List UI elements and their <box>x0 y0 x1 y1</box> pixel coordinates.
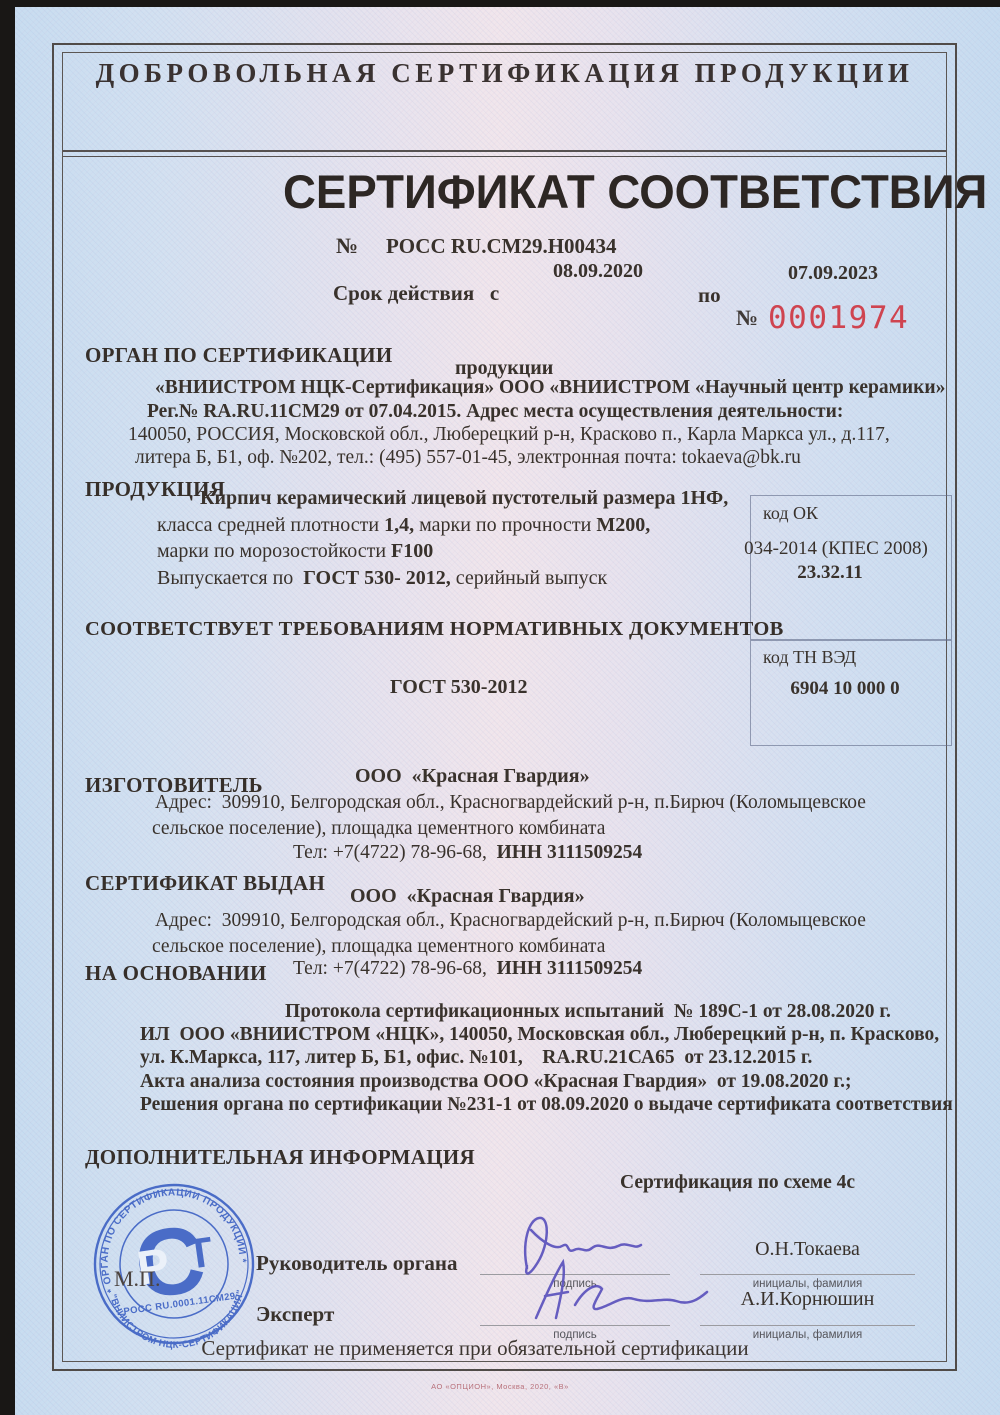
expert-signature-ink <box>536 1262 707 1318</box>
product-line-4-text: Выпускается по <box>157 567 303 589</box>
handwritten-signatures <box>460 1195 720 1335</box>
code-tnved-value: 6904 10 000 0 <box>755 678 935 700</box>
issued-to-name: ООО «Красная Гвардия» <box>350 885 585 908</box>
manufacturer-inn: ИНН 3111509254 <box>497 842 643 863</box>
printer-mark: АО «ОПЦИОН», Москва, 2020, «В» <box>0 1382 1000 1391</box>
product-line-4-gost: ГОСТ 530- 2012, <box>303 567 450 589</box>
scan-edge-left <box>0 0 15 1415</box>
expert-name: А.И.Корнюшин <box>700 1288 915 1311</box>
validity-to-date: 07.09.2023 <box>788 262 878 285</box>
product-line-2-grade: М200, <box>596 514 650 536</box>
manufacturer-name: ООО «Красная Гвардия» <box>355 765 590 788</box>
code-tnved-label: код ТН ВЭД <box>763 647 856 668</box>
basis-section-label: НА ОСНОВАНИИ <box>85 961 267 986</box>
product-line-2-density: 1,4, <box>384 514 414 536</box>
issued-to-section-label: СЕРТИФИКАТ ВЫДАН <box>85 871 325 896</box>
product-line-2-text: класса средней плотности <box>157 514 384 536</box>
product-line-4: Выпускается по ГОСТ 530- 2012, серийный … <box>157 567 607 590</box>
issued-to-tel-number: Тел: +7(4722) 78-96-68, <box>293 958 497 979</box>
org-line-2: Рег.№ RA.RU.11СМ29 от 07.04.2015. Адрес … <box>147 400 843 423</box>
certificate-page: ДОБРОВОЛЬНАЯ СЕРТИФИКАЦИЯ ПРОДУКЦИИ СЕРТ… <box>0 0 1000 1415</box>
manufacturer-addr-2: сельское поселение), площадка цементного… <box>152 817 605 840</box>
form-no-label: № <box>736 305 758 331</box>
certification-scheme: Сертификация по схеме 4с <box>620 1171 855 1194</box>
head-name: О.Н.Токаева <box>700 1238 915 1261</box>
manufacturer-tel-number: Тел: +7(4722) 78-96-68, <box>293 842 497 863</box>
org-line-3: 140050, РОССИЯ, Московской обл., Люберец… <box>128 423 890 446</box>
basis-line-3: ул. К.Маркса, 117, литер Б, Б1, офис. №1… <box>140 1046 812 1069</box>
product-line-2: класса средней плотности 1,4, марки по п… <box>157 514 650 537</box>
stamp-place-label: М.П. <box>114 1266 160 1292</box>
org-line-1: «ВНИИСТРОМ НЦК-Сертификация» ООО «ВНИИСТ… <box>155 376 945 399</box>
manufacturer-addr-1: Адрес: 309910, Белгородская обл., Красно… <box>155 791 866 814</box>
form-no-value: 0001974 <box>768 300 909 336</box>
conformity-section-label: СООТВЕТСТВУЕТ ТРЕБОВАНИЯМ НОРМАТИВНЫХ ДО… <box>85 618 784 641</box>
issued-to-inn: ИНН 3111509254 <box>497 958 643 979</box>
band-title: ДОБРОВОЛЬНАЯ СЕРТИФИКАЦИЯ ПРОДУКЦИИ <box>62 58 947 89</box>
doc-title: СЕРТИФИКАТ СООТВЕТСТВИЯ <box>283 164 987 219</box>
basis-line-1: Протокола сертификационных испытаний № 1… <box>285 1000 891 1023</box>
footer-note: Сертификат не применяется при обязательн… <box>75 1336 875 1361</box>
manufacturer-tel: Тел: +7(4722) 78-96-68, ИНН 3111509254 <box>293 841 642 864</box>
basis-line-4: Акта анализа состояния производства ООО … <box>140 1070 851 1093</box>
conformity-value: ГОСТ 530-2012 <box>390 676 527 699</box>
org-section-label: ОРГАН ПО СЕРТИФИКАЦИИ <box>85 343 393 368</box>
certification-stamp: * ОРГАН ПО СЕРТИФИКАЦИИ ПРОДУКЦИИ * "ВНИ… <box>84 1174 264 1354</box>
head-role: Руководитель органа <box>256 1251 458 1276</box>
code-ok-label: код ОК <box>763 503 818 524</box>
cert-no-value: РОСС RU.CM29.H00434 <box>386 234 617 259</box>
code-ok-value1: 034-2014 (КПЕС 2008) <box>730 538 942 560</box>
cert-no-label: № <box>336 233 358 259</box>
basis-line-5: Решения органа по сертификации №231-1 от… <box>140 1093 953 1116</box>
issued-to-tel: Тел: +7(4722) 78-96-68, ИНН 3111509254 <box>293 957 642 980</box>
product-line-1: Кирпич керамический лицевой пустотелый р… <box>200 487 728 510</box>
validity-from-date: 08.09.2020 <box>553 260 643 283</box>
code-ok-value2: 23.32.11 <box>750 562 910 584</box>
issued-to-addr-1: Адрес: 309910, Белгородская обл., Красно… <box>155 909 866 932</box>
validity-to-label: по <box>698 283 721 308</box>
band-divider-2 <box>63 156 946 157</box>
extra-section-label: ДОПОЛНИТЕЛЬНАЯ ИНФОРМАЦИЯ <box>85 1145 475 1170</box>
validity-label: Срок действия с <box>333 281 499 306</box>
stamp-emblem-t: Т <box>184 1228 216 1278</box>
issued-to-addr-2: сельское поселение), площадка цементного… <box>152 935 605 958</box>
expert-name-line <box>700 1325 915 1326</box>
product-line-2-text2: марки по прочности <box>414 514 596 536</box>
head-signature-ink <box>525 1218 641 1274</box>
product-line-4-text2: серийный выпуск <box>451 567 607 589</box>
org-line-4: литера Б, Б1, оф. №202, тел.: (495) 557-… <box>135 446 801 469</box>
scan-edge-top <box>0 0 1000 7</box>
band-divider-1 <box>63 150 946 152</box>
basis-line-2: ИЛ ООО «ВНИИСТРОМ «НЦК», 140050, Московс… <box>140 1023 939 1046</box>
head-name-line <box>700 1274 915 1275</box>
expert-role: Эксперт <box>256 1302 334 1327</box>
product-line-3-frost: F100 <box>391 540 433 562</box>
product-line-3: марки по морозостойкости F100 <box>157 540 433 563</box>
product-line-3-text: марки по морозостойкости <box>157 540 391 562</box>
